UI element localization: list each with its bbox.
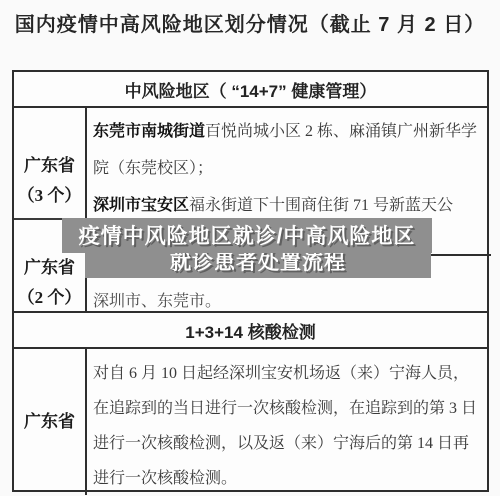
- risk-area-table: 中风险地区（ “14+7” 健康管理） 广东省（3 个） 东莞市南城街道百悦尚城…: [12, 70, 489, 492]
- table-row: 广东省（3 个） 东莞市南城街道百悦尚城小区 2 栋、麻涌镇广州新华学院（东莞校…: [14, 108, 487, 254]
- test-policy-text: 对自 6 月 10 日起经深圳宝安机场返（来）宁海人员，在追踪到的当日进行一次核…: [93, 354, 479, 495]
- section-header-nucleic-test: 1+3+14 核酸检测: [14, 313, 487, 349]
- risk-area-entry: 东莞市南城街道百悦尚城小区 2 栋、麻涌镇广州新华学院（东莞校区）；: [93, 113, 479, 187]
- infographic-page: 国内疫情中高风险地区划分情况（截止 7 月 2 日） 中风险地区（ “14+7”…: [0, 0, 500, 496]
- province-cell-guangdong-3: 广东省（3 个）: [14, 108, 87, 254]
- risk-area-entry: 深圳市宝安区福永街道下十围商住街 71 号新蓝天公寓。: [93, 187, 479, 254]
- risk-area-entry-prefix: 东莞市南城街道: [93, 123, 205, 140]
- risk-area-entry-prefix: 深圳市宝安区: [93, 197, 189, 214]
- row-divider-segment: [87, 254, 491, 256]
- page-title: 国内疫情中高风险地区划分情况（截止 7 月 2 日）: [0, 8, 500, 37]
- test-policy-cell: 对自 6 月 10 日起经深圳宝安机场返（来）宁海人员，在追踪到的当日进行一次核…: [87, 349, 487, 495]
- province-cell-guangdong: 广东省: [14, 349, 87, 495]
- row-divider-artifact: [14, 218, 76, 220]
- risk-areas-cell: 东莞市南城街道百悦尚城小区 2 栋、麻涌镇广州新华学院（东莞校区）； 深圳市宝安…: [87, 108, 487, 254]
- section-header-medium-risk: 中风险地区（ “14+7” 健康管理）: [14, 72, 487, 108]
- cities-cell: 深圳市、东莞市。: [87, 254, 487, 311]
- province-cell-guangdong-2: 广东省（2 个）: [14, 254, 87, 311]
- table-row: 广东省 对自 6 月 10 日起经深圳宝安机场返（来）宁海人员，在追踪到的当日进…: [14, 349, 487, 495]
- table-row: 广东省（2 个） 深圳市、东莞市。: [14, 254, 487, 313]
- cities-text: 深圳市、东莞市。: [93, 283, 479, 311]
